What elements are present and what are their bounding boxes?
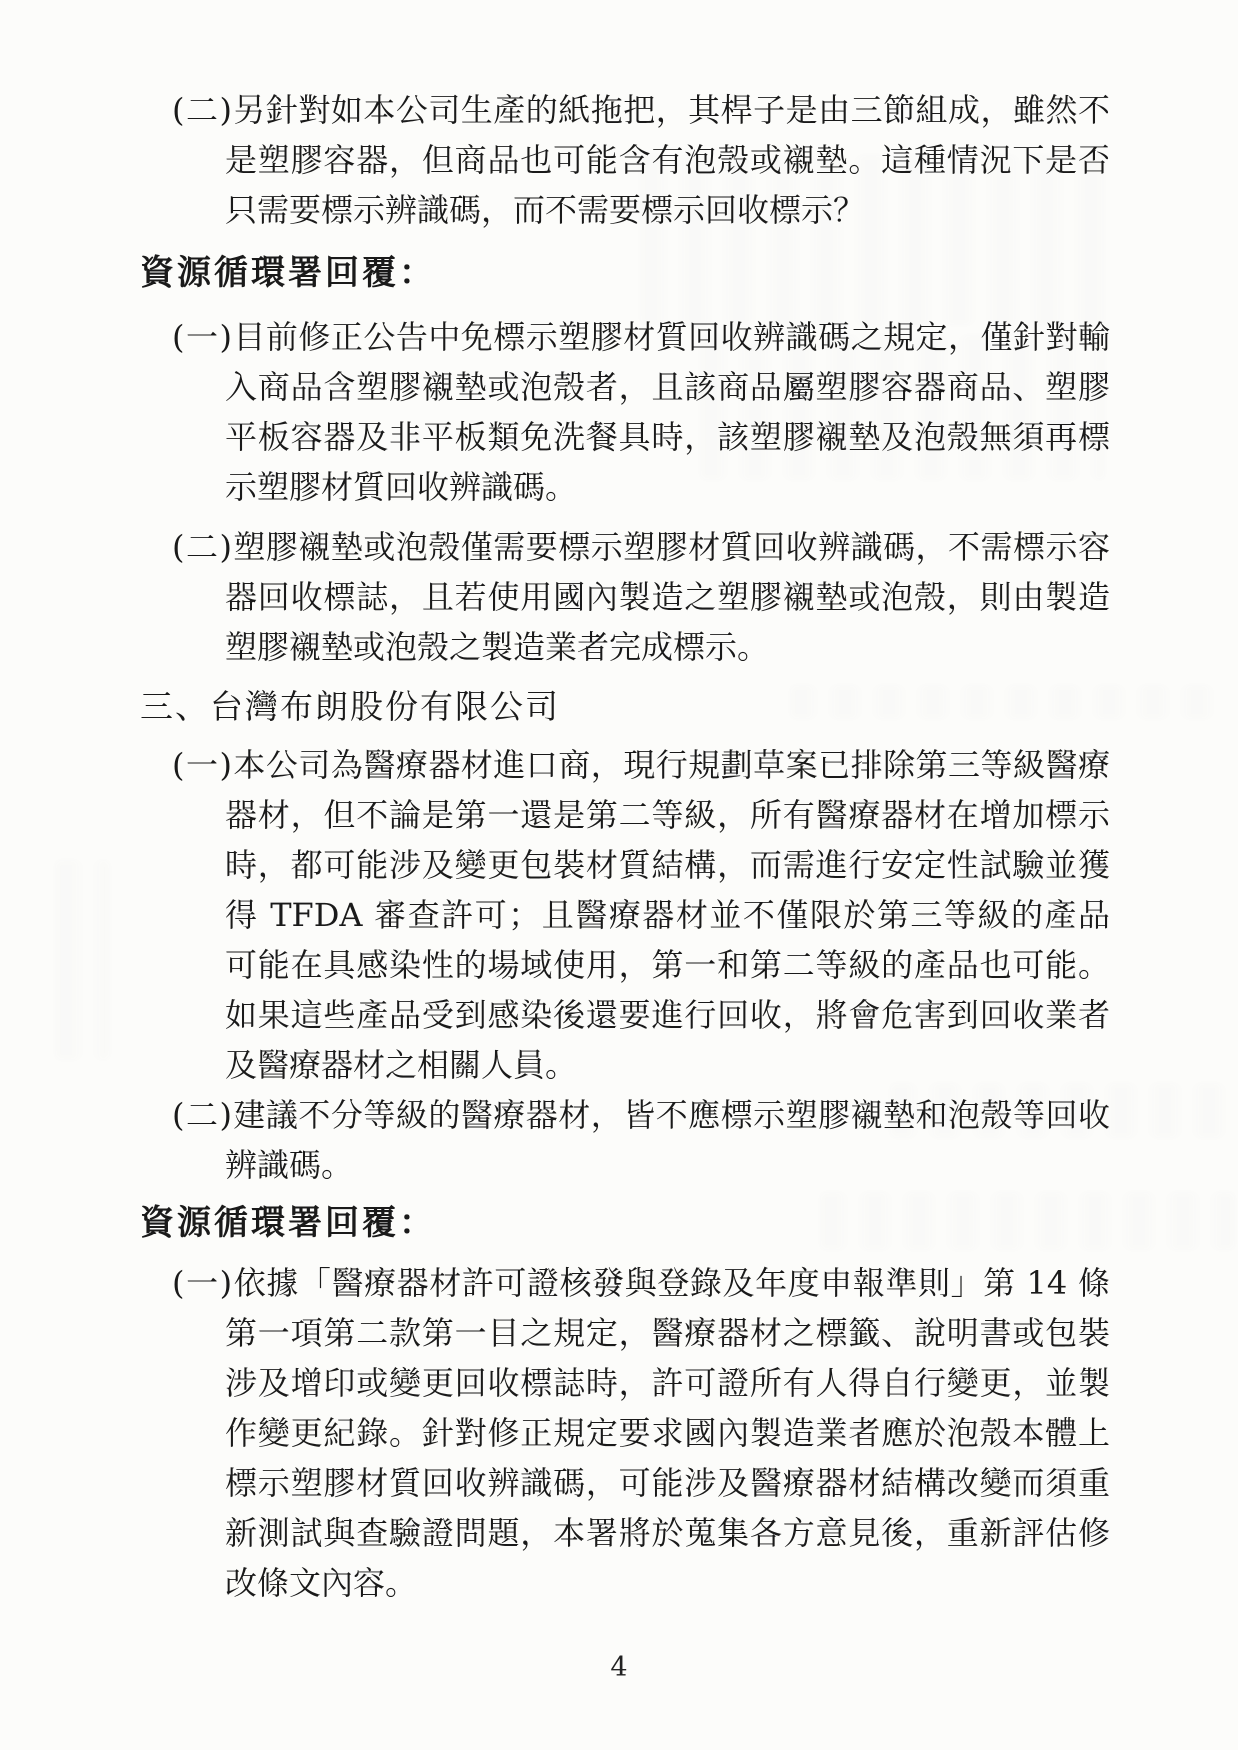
- text-line: 作變更紀錄。針對修正規定要求國內製造業者應於泡殼本體上: [172, 1408, 1110, 1458]
- list-item: (一)目前修正公告中免標示塑膠材質回收辨識碼之規定，僅針對輸入商品含塑膠襯墊或泡…: [172, 312, 1110, 512]
- text-line: 標示塑膠材質回收辨識碼，可能涉及醫療器材結構改變而須重: [172, 1458, 1110, 1508]
- line-text: 依據「醫療器材許可證核發與登錄及年度申報準則」第 14 條: [233, 1264, 1110, 1302]
- text-line: 平板容器及非平板類免洗餐具時，該塑膠襯墊及泡殼無須再標: [172, 412, 1110, 462]
- text-line: 入商品含塑膠襯墊或泡殼者，且該商品屬塑膠容器商品、塑膠: [172, 362, 1110, 412]
- text-line: 器回收標誌，且若使用國內製造之塑膠襯墊或泡殼，則由製造: [172, 572, 1110, 622]
- list-item: (一)依據「醫療器材許可證核發與登錄及年度申報準則」第 14 條第一項第二款第一…: [172, 1258, 1110, 1608]
- item-number-label: (二): [172, 1096, 233, 1134]
- item-number-label: (一): [172, 746, 233, 784]
- text-line: 及醫療器材之相關人員。: [172, 1040, 1110, 1090]
- document-page: (二)另針對如本公司生產的紙拖把，其桿子是由三節組成，雖然不是塑膠容器，但商品也…: [0, 0, 1238, 1750]
- line-text: 另針對如本公司生產的紙拖把，其桿子是由三節組成，雖然不: [233, 91, 1110, 129]
- text-line: 辨識碼。: [172, 1140, 1110, 1190]
- reply-header: 資源循環署回覆：: [140, 1198, 1238, 1248]
- line-text: 建議不分等級的醫療器材，皆不應標示塑膠襯墊和泡殼等回收: [233, 1096, 1110, 1134]
- text-line: 只需要標示辨識碼，而不需要標示回收標示？: [172, 185, 1110, 235]
- text-line: 時，都可能涉及變更包裝材質結構，而需進行安定性試驗並獲: [172, 840, 1110, 890]
- reply-header: 資源循環署回覆：: [140, 248, 1238, 298]
- document-content: (二)另針對如本公司生產的紙拖把，其桿子是由三節組成，雖然不是塑膠容器，但商品也…: [0, 85, 1238, 1608]
- text-line: 得 TFDA 審查許可；且醫療器材並不僅限於第三等級的產品: [172, 890, 1110, 940]
- text-line: (二)塑膠襯墊或泡殼僅需要標示塑膠材質回收辨識碼，不需標示容: [172, 522, 1110, 572]
- section-heading: 三、台灣布朗股份有限公司: [140, 682, 1238, 732]
- list-item: (一)本公司為醫療器材進口商，現行規劃草案已排除第三等級醫療器材，但不論是第一還…: [172, 740, 1110, 1090]
- text-line: 新測試與查驗證問題，本署將於蒐集各方意見後，重新評估修: [172, 1508, 1110, 1558]
- item-number-label: (二): [172, 528, 233, 566]
- page-number: 4: [0, 1652, 1238, 1683]
- list-item: (二)塑膠襯墊或泡殼僅需要標示塑膠材質回收辨識碼，不需標示容器回收標誌，且若使用…: [172, 522, 1110, 672]
- text-line: 如果這些產品受到感染後還要進行回收，將會危害到回收業者: [172, 990, 1110, 1040]
- text-line: 可能在具感染性的場域使用，第一和第二等級的產品也可能。: [172, 940, 1110, 990]
- item-number-label: (一): [172, 1264, 233, 1302]
- line-text: 塑膠襯墊或泡殼僅需要標示塑膠材質回收辨識碼，不需標示容: [233, 528, 1110, 566]
- text-line: (一)依據「醫療器材許可證核發與登錄及年度申報準則」第 14 條: [172, 1258, 1110, 1308]
- text-line: 涉及增印或變更回收標誌時，許可證所有人得自行變更，並製: [172, 1358, 1110, 1408]
- line-text: 目前修正公告中免標示塑膠材質回收辨識碼之規定，僅針對輸: [233, 318, 1110, 356]
- list-item: (二)另針對如本公司生產的紙拖把，其桿子是由三節組成，雖然不是塑膠容器，但商品也…: [172, 85, 1110, 235]
- text-line: 器材，但不論是第一還是第二等級，所有醫療器材在增加標示: [172, 790, 1110, 840]
- text-line: 示塑膠材質回收辨識碼。: [172, 462, 1110, 512]
- text-line: (一)本公司為醫療器材進口商，現行規劃草案已排除第三等級醫療: [172, 740, 1110, 790]
- item-number-label: (一): [172, 318, 233, 356]
- text-line: (二)建議不分等級的醫療器材，皆不應標示塑膠襯墊和泡殼等回收: [172, 1090, 1110, 1140]
- text-line: (一)目前修正公告中免標示塑膠材質回收辨識碼之規定，僅針對輸: [172, 312, 1110, 362]
- list-item: (二)建議不分等級的醫療器材，皆不應標示塑膠襯墊和泡殼等回收辨識碼。: [172, 1090, 1110, 1190]
- text-line: 塑膠襯墊或泡殼之製造業者完成標示。: [172, 622, 1110, 672]
- text-line: 第一項第二款第一目之規定，醫療器材之標籤、說明書或包裝: [172, 1308, 1110, 1358]
- text-line: 改條文內容。: [172, 1558, 1110, 1608]
- text-line: 是塑膠容器，但商品也可能含有泡殼或襯墊。這種情況下是否: [172, 135, 1110, 185]
- text-line: (二)另針對如本公司生產的紙拖把，其桿子是由三節組成，雖然不: [172, 85, 1110, 135]
- item-number-label: (二): [172, 91, 233, 129]
- line-text: 本公司為醫療器材進口商，現行規劃草案已排除第三等級醫療: [233, 746, 1110, 784]
